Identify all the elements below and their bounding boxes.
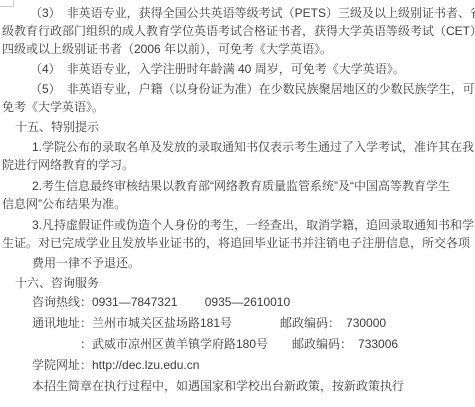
special-notice-3-line-3: 费用一律不予退还。 [2, 254, 475, 272]
special-notice-2-line-1: 2.考生信息最终审核结果以教育部“网络教育质量监管系统”及“中国高等教育学生 [2, 177, 475, 195]
special-notice-heading: 十五、特别提示 [2, 118, 475, 136]
consultation-contact-block: 咨询热线：0931—7847321 0935—2610010 通讯地址：兰州市城… [2, 292, 475, 397]
corner-rule-vertical [13, 0, 14, 7]
website-line: 学院网址：http://dec.lzu.edu.cn [2, 355, 475, 376]
hotline-line: 咨询热线：0931—7847321 0935—2610010 [2, 292, 475, 313]
special-notice-2-line-2: 信息网”公布结果为准。 [2, 195, 475, 213]
exemption-item-5-line-2: 免考《大学英语》。 [2, 98, 475, 116]
address-line-1: 通讯地址：兰州市城关区盐场路181号 邮政编码： 730000 [2, 313, 475, 334]
special-notice-3-line-1: 3.凡持虚假证件或伪造个人身份的考生，一经查出，取消学籍，追回录取通知书和学 [2, 216, 475, 234]
exemption-item-3-line-1: （3） 非英语专业，获得全国公共英语等级考试（PETS）三级及以上级别证书者、省 [2, 4, 475, 22]
consultation-heading: 十六、咨询服务 [2, 274, 475, 292]
policy-note-line: 本招生简章在执行过程中，如遇国家和学校出台新政策，按新政策执行 [2, 376, 475, 397]
document-body: （3） 非英语专业，获得全国公共英语等级考试（PETS）三级及以上级别证书者、省… [0, 0, 475, 397]
special-notice-3-line-2: 生证。对已完成学业且发放毕业证书的，将追回毕业证书并注销电子注册信息，所交各项 [2, 234, 475, 252]
exemption-item-5-line-1: （5） 非英语专业，户籍（以身份证为准）在少数民族聚居地区的少数民族学生，可 [2, 80, 475, 98]
special-notice-1-line-2: 院进行网络教育的学习。 [2, 156, 475, 174]
exemption-item-3-line-3: 四级或以上级别证书者（2006 年以前），可免考《大学英语》。 [2, 40, 475, 58]
exemption-item-4-line-1: （4） 非英语专业，入学注册时年龄满 40 周岁，可免考《大学英语》。 [2, 60, 475, 78]
corner-rule-horizontal [0, 6, 13, 7]
special-notice-1-line-1: 1.学院公布的录取名单及发放的录取通知书仅表示考生通过了入学考试，准许其在我 [2, 138, 475, 156]
address-line-2: ：武威市凉州区黄羊镇学府路180号 邮政编码： 733006 [2, 334, 475, 355]
exemption-item-3-line-2: 级教育行政部门组织的成人教育学位英语考试合格证书者，获得大学英语等级考试（CET… [2, 22, 475, 40]
